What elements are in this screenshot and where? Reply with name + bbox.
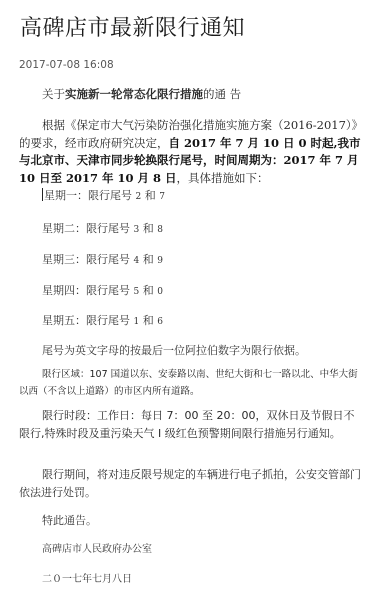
penalty-paragraph: 限行期间，将对违反限号规定的车辆进行电子抓拍，公安交管部门依法进行处罚。 [19,466,364,501]
text-cursor [42,188,43,201]
schedule-item-friday: 星期五：限行尾号 1 和 6 [42,312,163,328]
plate-digit: 8 [157,225,163,235]
notice-heading-bold: 实施新一轮常态化限行措施 [65,87,203,101]
issue-date: 二０一七年七月八日 [42,570,132,585]
schedule-day-label: 星期二：限行尾号 [42,222,130,235]
restricted-hours-paragraph: 限行时段：工作日：每日 7：00 至 20：00，双休日及节假日不限行,特殊时段… [19,407,364,442]
schedule-item-tuesday: 星期二：限行尾号 3 和 8 [42,220,163,236]
page-title: 高碑店市最新限行通知 [20,14,245,44]
plate-digit: 7 [159,192,165,202]
intro-paragraph: 根据《保定市大气污染防治强化措施实施方案（2016-2017）》的要求，经市政府… [19,117,364,187]
notice-heading-prefix: 关于 [42,87,65,101]
plate-digit: 3 [134,225,140,235]
letter-plate-rule: 尾号为英文字母的按最后一位阿拉伯数字为限行依据。 [42,342,306,358]
schedule-day-label: 星期四：限行尾号 [42,284,130,297]
schedule-day-label: 星期一：限行尾号 [44,189,132,202]
schedule-item-monday: 星期一：限行尾号 2 和 7 [42,187,165,203]
notice-heading: 关于实施新一轮常态化限行措施的通 告 [42,86,387,103]
plate-digit: 6 [157,317,163,327]
intro-text-2: ，具体措施如下： [177,171,269,185]
schedule-item-thursday: 星期四：限行尾号 5 和 0 [42,282,163,298]
schedule-day-label: 星期五：限行尾号 [42,314,130,327]
notice-heading-suffix: 的通 告 [203,87,241,101]
conjunction: 和 [143,284,154,297]
schedule-day-label: 星期三：限行尾号 [42,253,130,266]
conjunction: 和 [143,222,154,235]
publish-timestamp: 2017-07-08 16:08 [19,59,114,71]
plate-digit: 0 [157,287,163,297]
closing-statement: 特此通告。 [42,512,97,528]
plate-digit: 9 [157,256,163,266]
plate-digit: 5 [134,287,140,297]
issuer: 高碑店市人民政府办公室 [42,540,152,555]
conjunction: 和 [143,314,154,327]
plate-digit: 4 [134,256,140,266]
plate-digit: 1 [134,317,140,327]
restricted-area-paragraph: 限行区域：107 国道以东、安泰路以南、世纪大街和七一路以北、中华大街以西（不含… [19,366,364,400]
conjunction: 和 [143,253,154,266]
plate-digit: 2 [136,192,142,202]
schedule-item-wednesday: 星期三：限行尾号 4 和 9 [42,251,163,267]
conjunction: 和 [145,189,156,202]
